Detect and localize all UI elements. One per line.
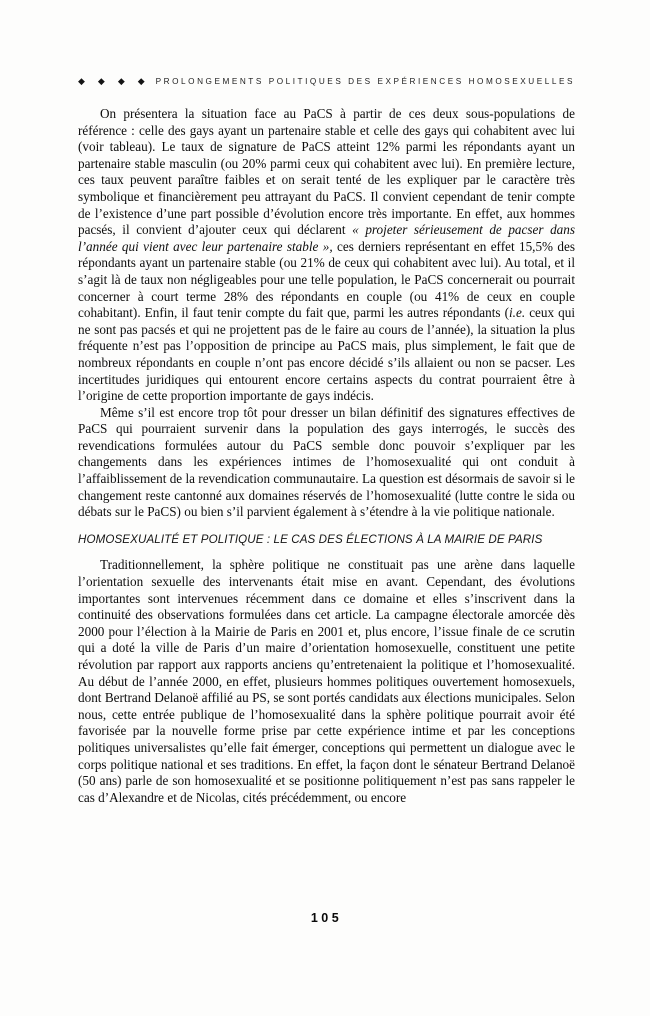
running-title: PROLONGEMENTS POLITIQUES DES EXPÉRIENCES… — [156, 77, 575, 86]
diamond-icon: ◆ — [118, 76, 125, 86]
running-header: ◆ ◆ ◆ ◆ PROLONGEMENTS POLITIQUES DES EXP… — [78, 76, 575, 86]
paragraph-paris-elections: Traditionnellement, la sphère politique … — [78, 557, 575, 806]
page-body: On présentera la situation face au PaCS … — [78, 106, 575, 806]
diamond-icon: ◆ — [78, 76, 85, 86]
ornament-diamonds: ◆ ◆ ◆ ◆ — [78, 76, 145, 86]
diamond-icon: ◆ — [98, 76, 105, 86]
paragraph-pacs-conclusion: Même s’il est encore trop tôt pour dress… — [78, 405, 575, 521]
diamond-icon: ◆ — [138, 76, 145, 86]
document-page: ◆ ◆ ◆ ◆ PROLONGEMENTS POLITIQUES DES EXP… — [0, 0, 650, 1016]
paragraph-pacs-statistics: On présentera la situation face au PaCS … — [78, 106, 575, 405]
section-heading: HOMOSEXUALITÉ ET POLITIQUE : LE CAS DES … — [78, 532, 575, 549]
page-number: 105 — [78, 911, 575, 925]
paragraph-1-ie-abbrev: i.e. — [509, 305, 525, 320]
paragraph-1-lead: On présentera la situation face au PaCS … — [78, 106, 575, 237]
